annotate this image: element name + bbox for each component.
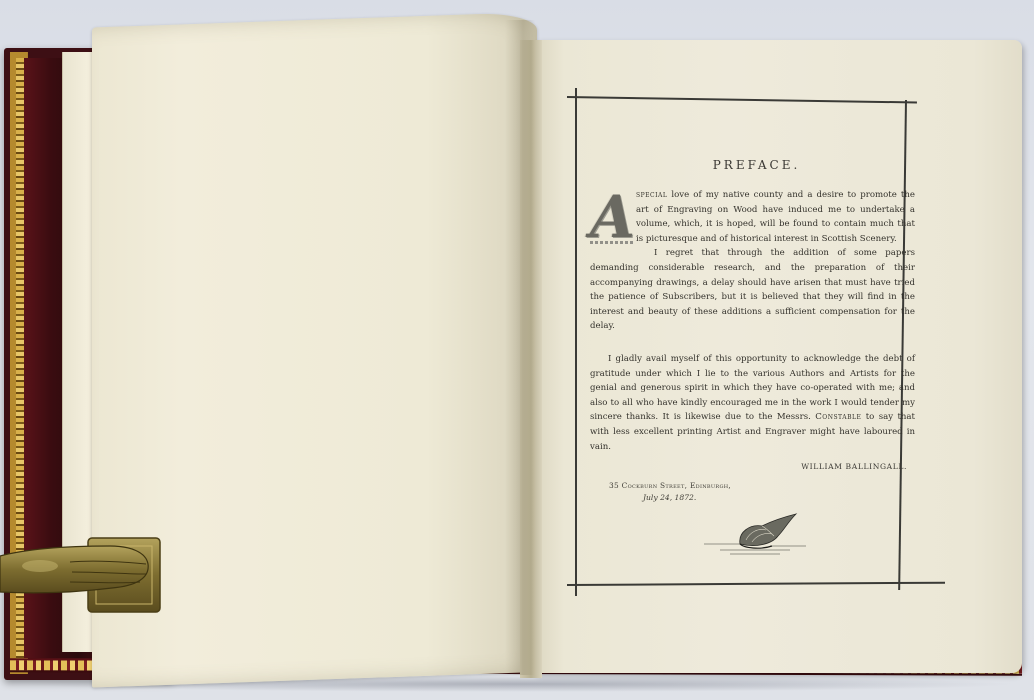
author-address: 35 Cockburn Street, Edinburgh, [609,481,731,490]
preface-date: July 24, 1872. [643,493,696,502]
dropcap-reeds-icon [590,241,634,244]
book-photo-scene: PREFACE. A special love of my native cou… [0,0,1034,700]
preface-title: PREFACE. [590,158,915,172]
frame-rule-left [575,88,577,596]
brass-hand-book-weight-icon [0,532,165,614]
paragraph-1-continuation: I regret that through the addition of so… [590,246,915,334]
illuminated-dropcap: A [590,188,630,248]
dropcap-letter: A [590,188,630,246]
author-signature: WILLIAM BALLINGALL. [590,462,915,471]
preface-text-block: PREFACE. A special love of my native cou… [590,158,915,471]
lead-smallcaps: special [636,190,667,200]
paragraph-1-text: love of my native county and a desire to… [636,190,915,244]
preface-paragraph-1: A special love of my native county and a… [590,188,915,334]
constable-smallcaps: Constable [815,412,861,422]
spine-shadow [505,20,535,675]
preface-paragraph-2: I gladly avail myself of this opportunit… [590,352,915,454]
seashell-vignette-icon [700,510,810,560]
